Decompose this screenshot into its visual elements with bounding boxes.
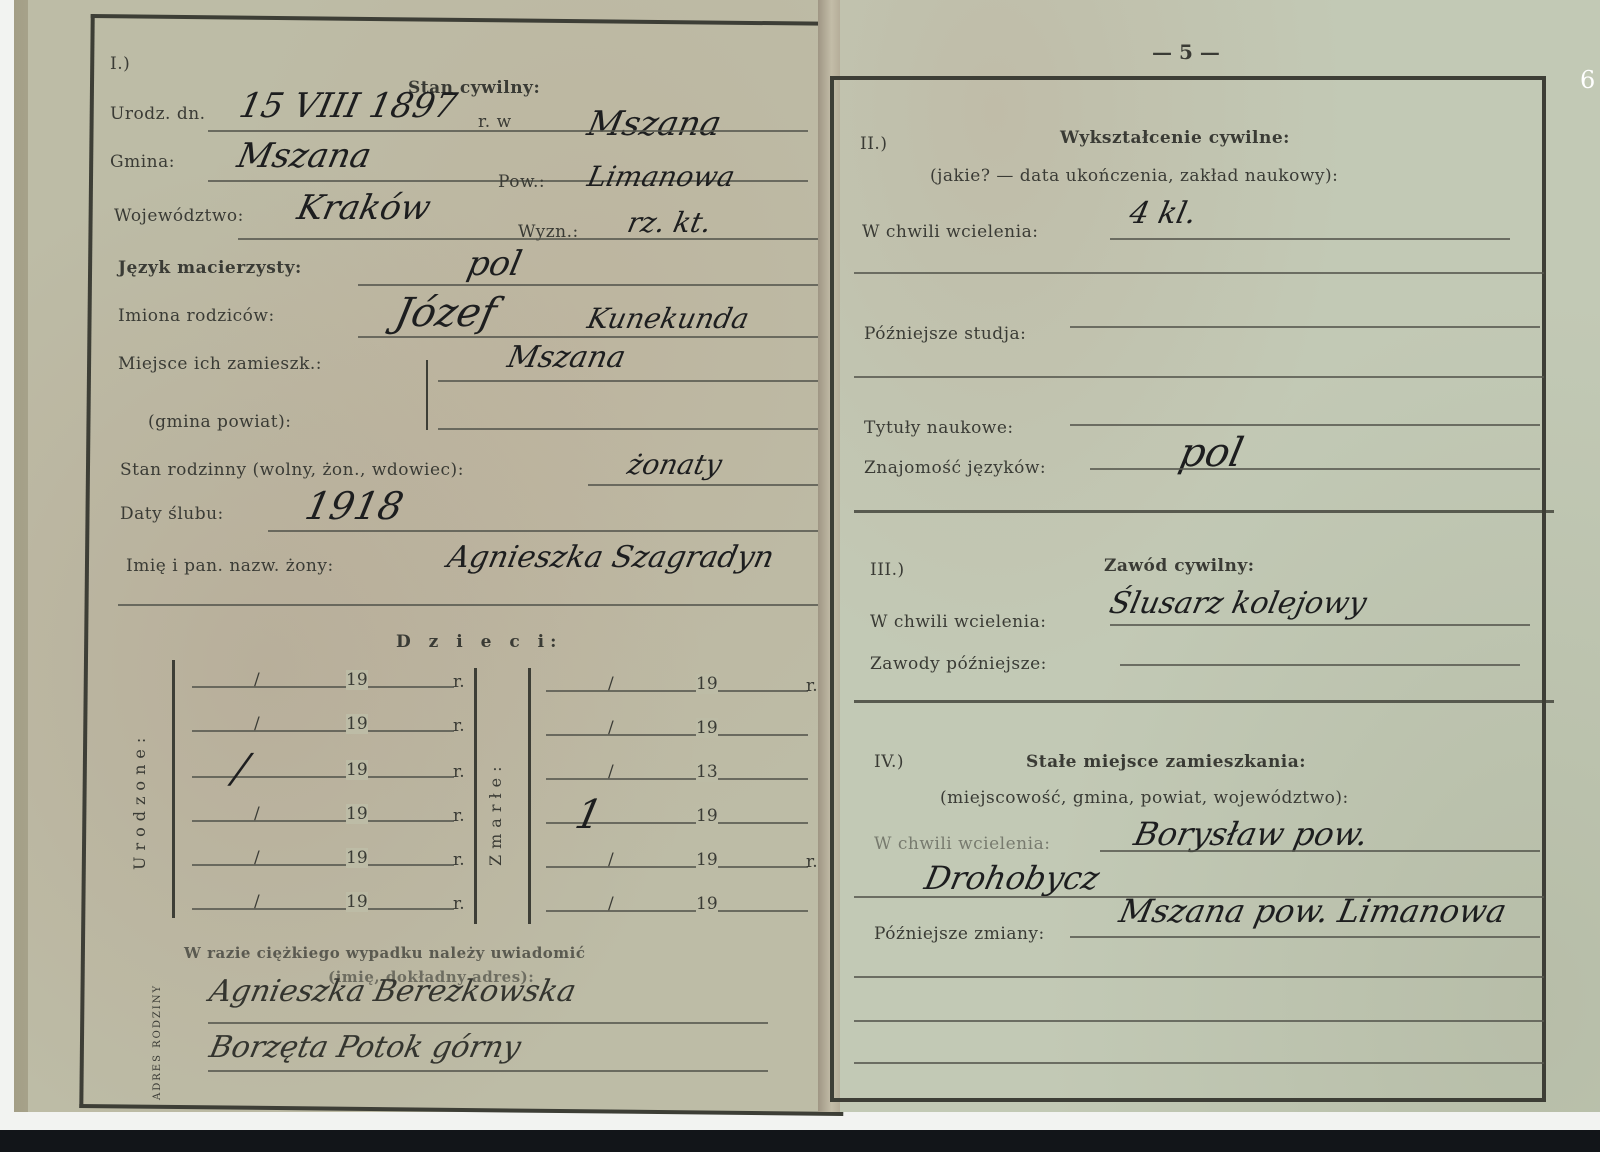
value-family-status: żonaty [624,448,724,481]
section-subtitle-education: (jakie? — data ukończenia, zakład naukow… [930,166,1338,186]
died-suffix: r. [806,676,818,696]
value-education-at-enlistment: 4 kl. [1126,196,1199,231]
born-year-prefix: 19 [346,760,368,780]
divider [474,668,477,924]
rule [1070,326,1540,328]
rule [192,730,454,732]
label-birth-date: Urodz. dn. [110,104,206,124]
right-page: — 5 — 6 II.) Wykształcenie cywilne: (jak… [840,0,1600,1112]
value-mother-tongue: pol [464,244,526,284]
section-title-occupation: Zawód cywilny: [1104,556,1255,576]
label-birth-suffix: r. w [478,112,512,132]
rule [546,734,808,736]
rule [1120,664,1520,666]
rule [854,272,1544,274]
page-number: — 5 — [1152,40,1220,64]
label-parents-names: Imiona rodziców: [118,306,275,326]
rule [854,1020,1544,1022]
born-suffix: r. [453,850,465,870]
label-parents-residence: Miejsce ich zamieszk.: [118,354,322,374]
label-gmina: Gmina: [110,152,175,172]
rule [208,130,808,132]
rule [1100,850,1540,852]
label-family-status: Stan rodzinny (wolny, żon., wdowiec): [120,460,464,480]
label-academic-titles: Tytuły naukowe: [864,418,1014,438]
label-education-at-enlistment: W chwili wcielenia: [862,222,1038,242]
label-later-studies: Późniejsze studja: [864,324,1026,344]
rule [192,864,454,866]
died-year-prefix: 19 [696,850,718,870]
rule [238,238,818,240]
rule [588,484,818,486]
rule [118,604,818,606]
value-powiat: Limanowa [584,160,737,193]
label-languages: Znajomość języków: [864,458,1046,478]
died-slash: / [608,674,614,694]
born-slash: / [254,714,260,734]
divider [528,668,531,924]
rule [192,908,454,910]
section-number-I: I.) [110,54,130,74]
corner-mark: 6 [1580,66,1595,94]
rule [1110,238,1510,240]
died-slash: / [608,718,614,738]
value-voivodeship: Kraków [294,188,435,228]
rule [854,976,1544,978]
rule [546,910,808,912]
rule [1070,424,1540,426]
left-page: I.) Stan cywilny: Urodz. dn. 15 VIII 189… [28,0,828,1112]
born-year-prefix: 19 [346,804,368,824]
rule [546,778,808,780]
born-suffix: r. [453,716,465,736]
rule [854,510,1554,513]
rule [1090,468,1540,470]
section-number-II: II.) [860,134,887,154]
born-suffix: r. [453,762,465,782]
rule [268,530,818,532]
emergency-value-line1: Agnieszka Berezkowska [206,974,579,1009]
label-wife-name: Imię i pan. nazw. żony: [126,556,334,576]
children-born-label: Urodzone: [130,732,149,870]
born-slash: / [254,804,260,824]
rule [358,336,818,338]
label-later-occupations: Zawody późniejsze: [870,654,1047,674]
born-year-prefix: 19 [346,670,368,690]
label-gmina-powiat: (gmina powiat): [148,412,292,432]
rule [208,1070,768,1072]
label-powiat: Pow.: [498,172,545,192]
divider [172,660,175,918]
born-suffix: r. [453,806,465,826]
rule [358,284,818,286]
rule [438,428,818,430]
booklet-spread: I.) Stan cywilny: Urodz. dn. 15 VIII 189… [14,0,1600,1112]
born-slash: / [254,892,260,912]
died-slash: / [608,850,614,870]
rule [854,1062,1544,1064]
born-slash: / [254,670,260,690]
born-year-prefix: 19 [346,892,368,912]
section-number-III: III.) [870,560,905,580]
born-suffix: r. [453,894,465,914]
born-year-prefix: 19 [346,848,368,868]
died-slash: / [608,762,614,782]
value-wife-name: Agnieszka Szagradyn [444,540,777,575]
rule [546,690,808,692]
label-occupation-at-enlistment: W chwili wcielenia: [870,612,1046,632]
rule [1070,936,1540,938]
value-parents-residence: Mszana [504,340,628,375]
rule [546,866,808,868]
rule [854,700,1554,703]
died-year-prefix: 19 [696,894,718,914]
born-suffix: r. [453,672,465,692]
children-died-label: Zmarłe: [486,760,505,866]
value-father-name: Józef [391,290,500,336]
label-mother-tongue: Język macierzysty: [118,258,302,278]
section-title-residence: Stałe miejsce zamieszkania: [1026,752,1306,772]
died-suffix: r. [806,852,818,872]
divider [426,360,428,430]
value-mother-name: Kunekunda [584,302,752,335]
children-title: D z i e c i: [396,632,562,652]
died-slash: / [608,894,614,914]
section-title-education: Wykształcenie cywilne: [1060,128,1290,148]
died-year-prefix: 19 [696,674,718,694]
value-birth-date: 15 VIII 1897 [236,86,461,126]
emergency-instruction: W razie ciężkiego wypadku należy uwiadom… [184,944,586,962]
value-wedding-date: 1918 [301,484,407,528]
rule [1110,624,1530,626]
label-voivodeship: Województwo: [114,206,244,226]
rule [192,820,454,822]
born-slash: / [254,848,260,868]
rule [208,1022,768,1024]
rule [192,686,454,688]
emergency-margin-label: ADRES RODZINY [152,984,163,1100]
value-later-changes: Mszana pow. Limanowa [875,886,1526,936]
rule [854,376,1544,378]
value-gmina: Mszana [234,136,375,176]
died-year-prefix: 19 [696,718,718,738]
born-year-prefix: 19 [346,714,368,734]
died-year-prefix: 13 [696,762,718,782]
value-religion: rz. kt. [624,206,714,239]
emergency-value-line2: Borzęta Potok górny [206,1030,524,1065]
section-number-IV: IV.) [874,752,904,772]
value-occupation-at-enlistment: Ślusarz kolejowy [1106,586,1369,621]
rule [438,380,818,382]
died-year-prefix: 19 [696,806,718,826]
section-subtitle-residence: (miejscowość, gmina, powiat, województwo… [940,788,1349,808]
label-wedding-date: Daty ślubu: [120,504,224,524]
value-birth-place: Mszana [584,104,725,144]
